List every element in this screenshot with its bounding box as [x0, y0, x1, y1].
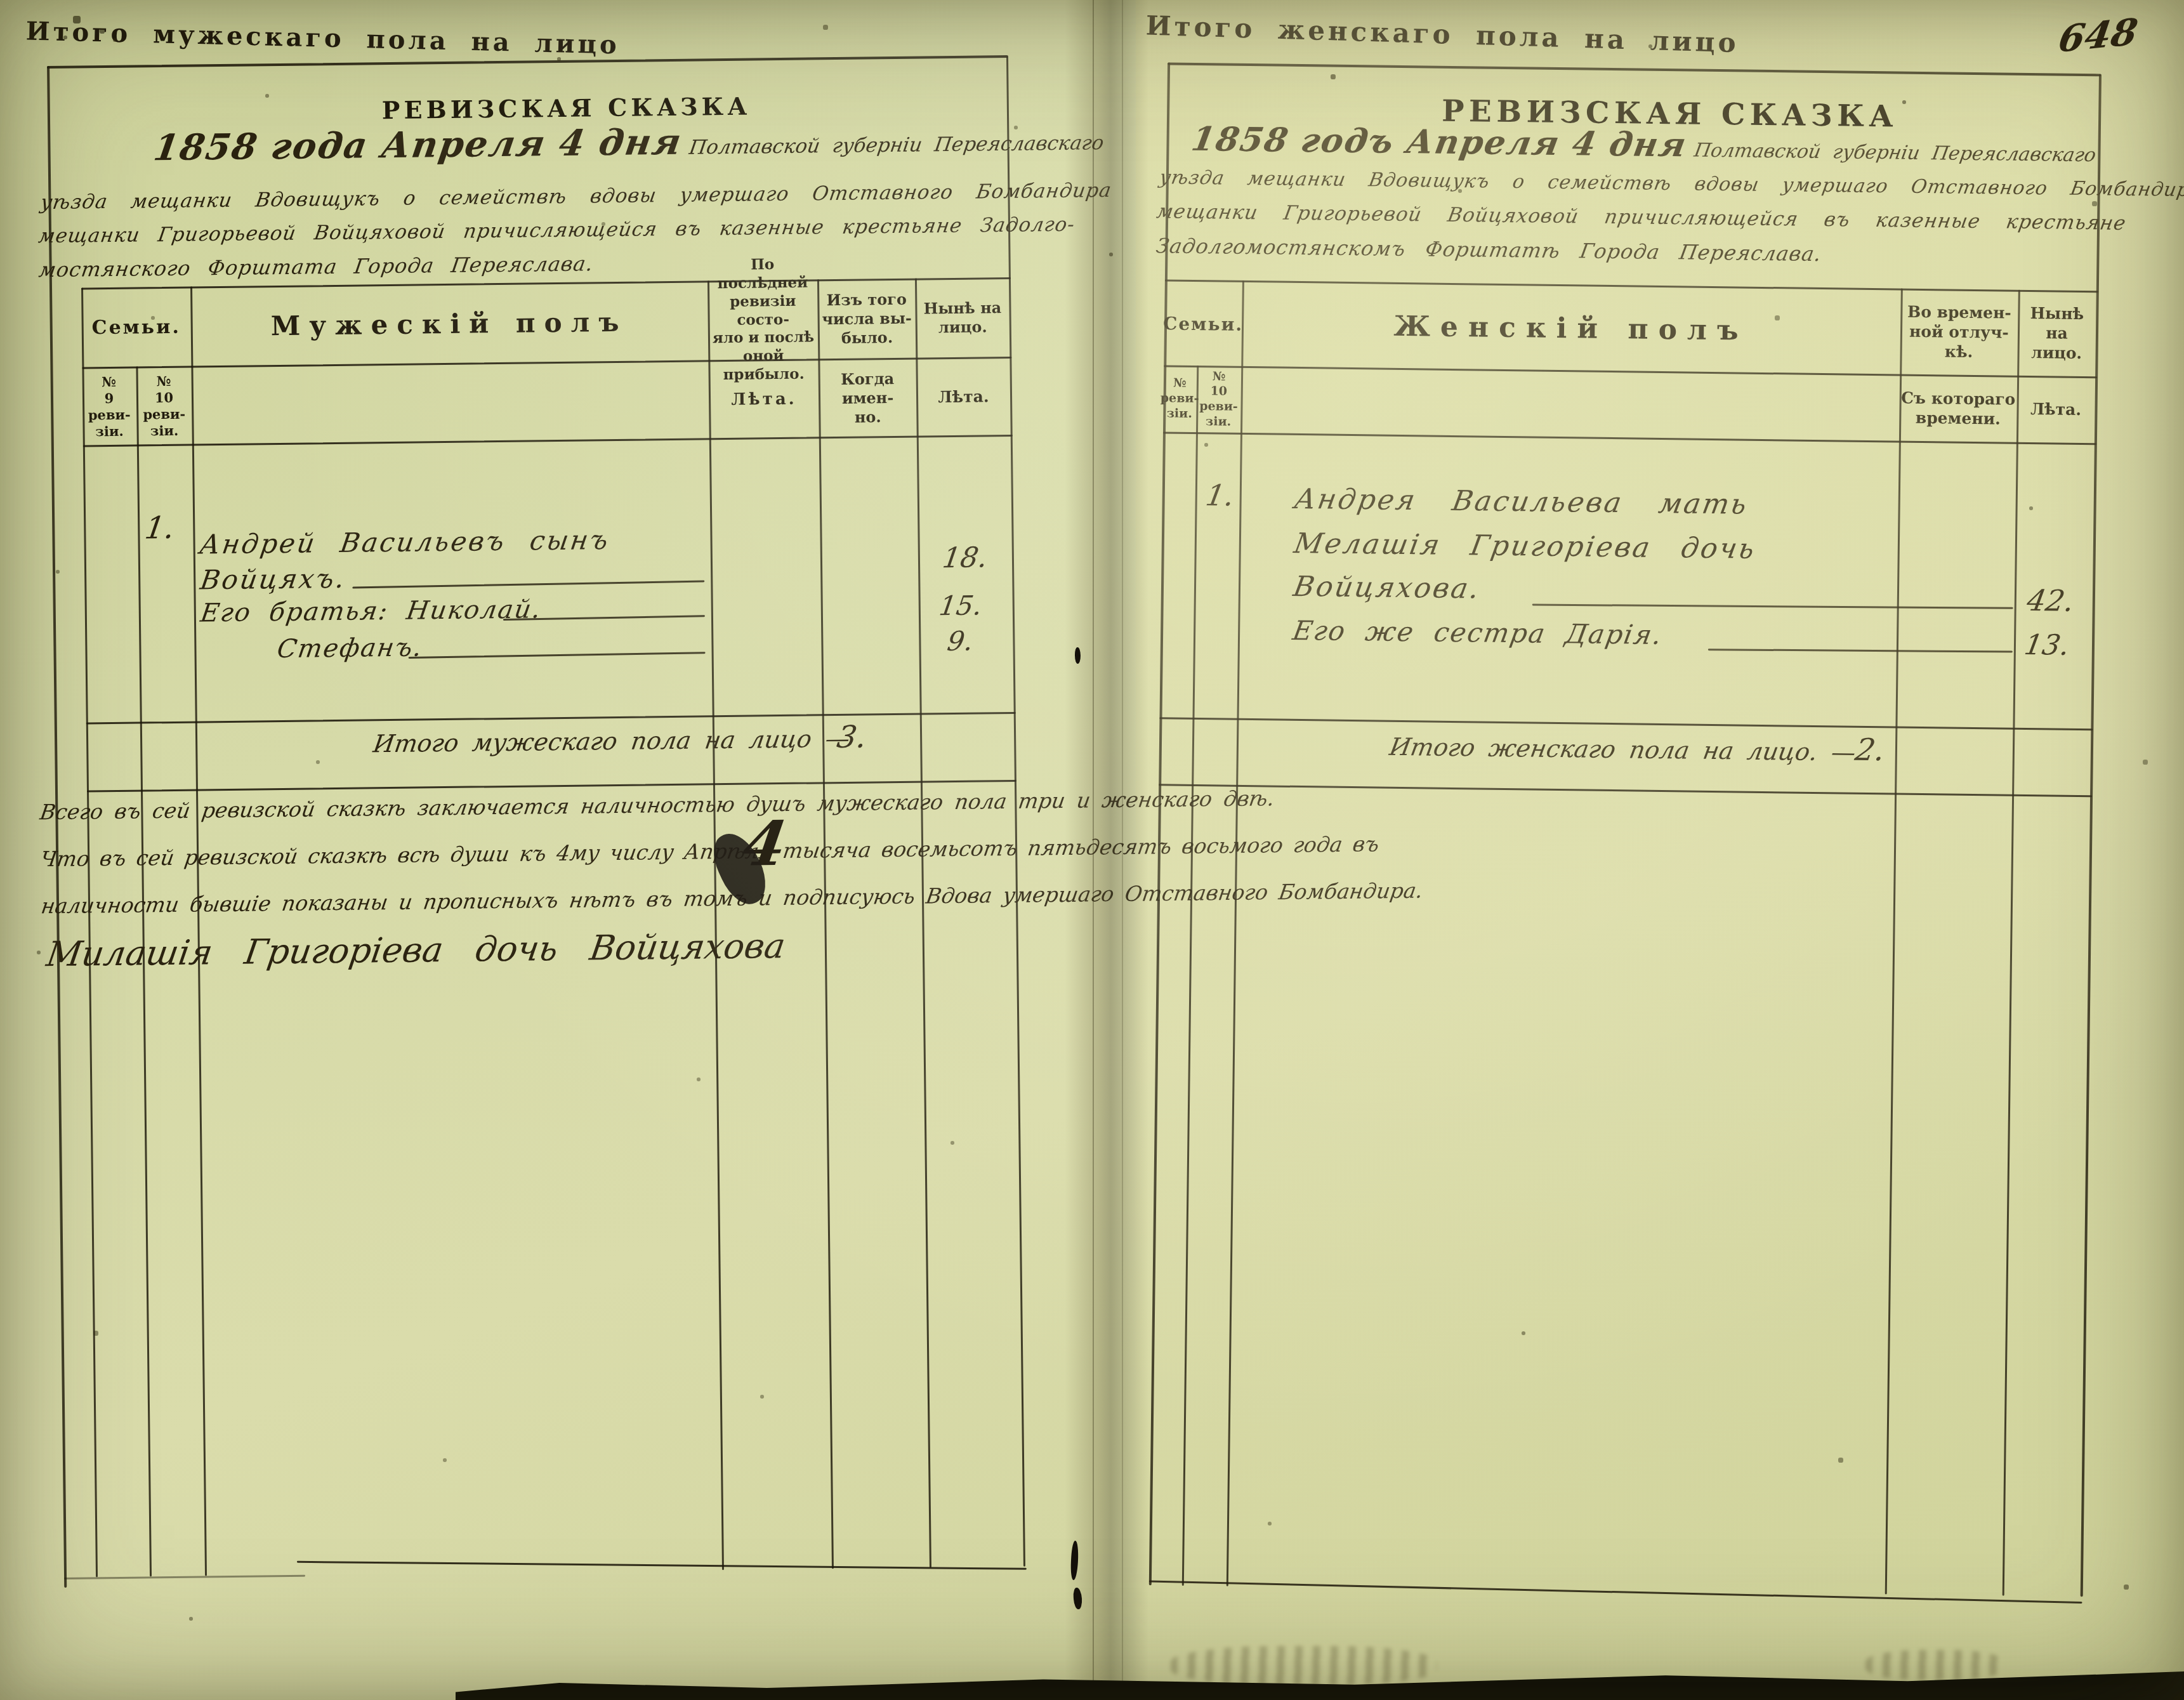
right-col-line-rev	[1182, 366, 1199, 1586]
left-header-line-3: мещанки Григорьевой Войцяховой причисляю…	[37, 213, 1076, 248]
family-number: 1.	[1203, 478, 1237, 512]
ditto-dash	[1532, 603, 2013, 609]
male-total-label: Итого мужескаго пола на лицо —	[371, 725, 852, 758]
right-sub-rev10: № 10 реви- зіи.	[1197, 367, 1240, 432]
right-summary-bottom-line	[1159, 784, 2092, 797]
fold-crease-line	[1122, 0, 1123, 1700]
right-col-absence: Во времен- ной отлуч- кѣ.	[1901, 290, 2017, 374]
record-name: Стефанъ.	[275, 633, 425, 664]
right-header-line-4: Задолгомостянскомъ Форштатѣ Города Перея…	[1154, 234, 1824, 266]
left-col-line-e	[915, 279, 931, 1568]
record-age: 9.	[945, 626, 975, 657]
left-frame-left	[47, 66, 67, 1588]
right-col-line-c	[2003, 290, 2020, 1596]
paper-speckles	[0, 0, 1, 1]
ditto-dash	[409, 652, 706, 659]
right-col-line-b	[1885, 289, 1903, 1595]
right-sub-since: Съ котораго времени.	[1900, 376, 2016, 441]
left-header-line-1: 1858 года Апреля 4 дня Полтавской губерн…	[150, 116, 1102, 169]
offset-ink-smudge	[1865, 1650, 2005, 1680]
left-col-line-b	[190, 287, 207, 1576]
male-total-value: 3.	[834, 719, 869, 755]
left-col-last-revision: По послѣдней ревизіи состо- яло и послѣ …	[709, 280, 817, 359]
left-bottom-line-faint	[64, 1575, 305, 1579]
right-summary-top-line	[1159, 717, 2093, 730]
left-col-departed: Изъ того числа вы- было.	[819, 280, 915, 359]
record-age: 18.	[940, 541, 989, 574]
left-header-line-2: уѣзда мещанки Вдовищукъ о семействѣ вдов…	[39, 179, 1114, 214]
record-name: Войцяхъ.	[199, 563, 349, 596]
left-header-place: Полтавской губерніи Переяславскаго	[688, 131, 1105, 159]
right-col-line-a	[1227, 280, 1244, 1586]
right-header-line-1: 1858 годъ Апреля 4 дня Полтавской губерн…	[1188, 120, 2094, 169]
record-name: Мелашія Григоріева дочь	[1292, 527, 1759, 565]
record-name: Его же сестра Дарія.	[1291, 615, 1665, 650]
right-sub-years: Лѣта.	[2018, 378, 2094, 442]
folio-number: 648	[2056, 10, 2140, 61]
attestation-line: Всего въ сей ревизской сказкѣ заключаетс…	[39, 786, 1277, 824]
family-number: 1.	[143, 510, 177, 546]
left-summary-top-line	[86, 712, 1016, 725]
left-col-line-c	[707, 280, 724, 1570]
left-header-date: 1858 года Апреля 4 дня	[151, 121, 685, 169]
scanned-revision-list-spread: { "page_number": "648", "colors": { "pap…	[0, 0, 2184, 1700]
left-sub-rev10: № 10 реви- зіи.	[136, 369, 191, 444]
signature: Милашія Григоріева дочь Войцяхова	[44, 926, 788, 974]
right-col-sex: Женскій полъ	[1241, 284, 1900, 373]
record-name: Его братья: Николай.	[199, 595, 544, 628]
ditto-dash	[1708, 649, 2013, 652]
left-bottom-line	[297, 1561, 1027, 1570]
left-subheader-row-line	[83, 435, 1013, 447]
right-page: РЕВИЗСКАЯ СКАЗКА 1858 годъ Апреля 4 дня …	[1126, 19, 2184, 1682]
left-col-present: Нынѣ на лицо.	[916, 279, 1009, 357]
record-name: Андрей Васильевъ сынъ	[198, 524, 612, 560]
record-age: 42.	[2025, 583, 2077, 618]
female-total-value: 2.	[1853, 732, 1888, 768]
right-header-date: 1858 годъ Апреля 4 дня	[1188, 120, 1690, 164]
left-col-sex: Мужескій полъ	[190, 284, 708, 364]
fold-ink-mark	[1075, 647, 1081, 664]
left-page: РЕВИЗСКАЯ СКАЗКА 1858 года Апреля 4 дня …	[25, 23, 1097, 1666]
right-bottom-line	[1149, 1581, 2082, 1604]
left-page-title: РЕВИЗСКАЯ СКАЗКА	[382, 92, 751, 125]
left-sub-rev9: № 9 реви- зіи.	[82, 370, 136, 444]
right-sub-rev9: № реви- зіи.	[1163, 367, 1196, 431]
record-name: Войцяхова.	[1291, 570, 1483, 605]
record-age: 15.	[937, 590, 984, 621]
left-sub-when: Когда имен- но.	[819, 361, 916, 436]
left-header-line-4: мостянского Форштата Города Переяслава.	[37, 251, 595, 282]
ditto-dash	[352, 580, 704, 588]
right-page-footer: Итого женскаго пола на лицо	[1145, 10, 2184, 72]
right-col-present: Нынѣ на лицо.	[2018, 291, 2095, 375]
female-total-label: Итого женскаго пола на лицо. —	[1388, 733, 1858, 767]
left-sub-years-1: Лѣта.	[709, 362, 818, 437]
right-header-line-3: мещанки Григорьевой Войцяховой причисляю…	[1155, 200, 2128, 235]
right-col-family: Семьи.	[1164, 282, 1242, 364]
offset-ink-smudge	[1171, 1646, 1437, 1685]
left-col-family: Семьи.	[81, 290, 191, 366]
fold-crease-line	[1093, 0, 1094, 1700]
right-header-line-2: уѣзда мещанки Вдовищукъ о семействѣ вдов…	[1158, 166, 2184, 201]
record-age: 13.	[2022, 629, 2072, 662]
record-name: Андрея Васильева мать	[1292, 483, 1751, 521]
left-sub-years-2: Лѣта.	[917, 360, 1010, 435]
left-col-line-a	[81, 287, 98, 1577]
left-col-line-d	[817, 279, 834, 1569]
right-header-place: Полтавской губерніи Переяславскаго	[1692, 140, 2098, 167]
